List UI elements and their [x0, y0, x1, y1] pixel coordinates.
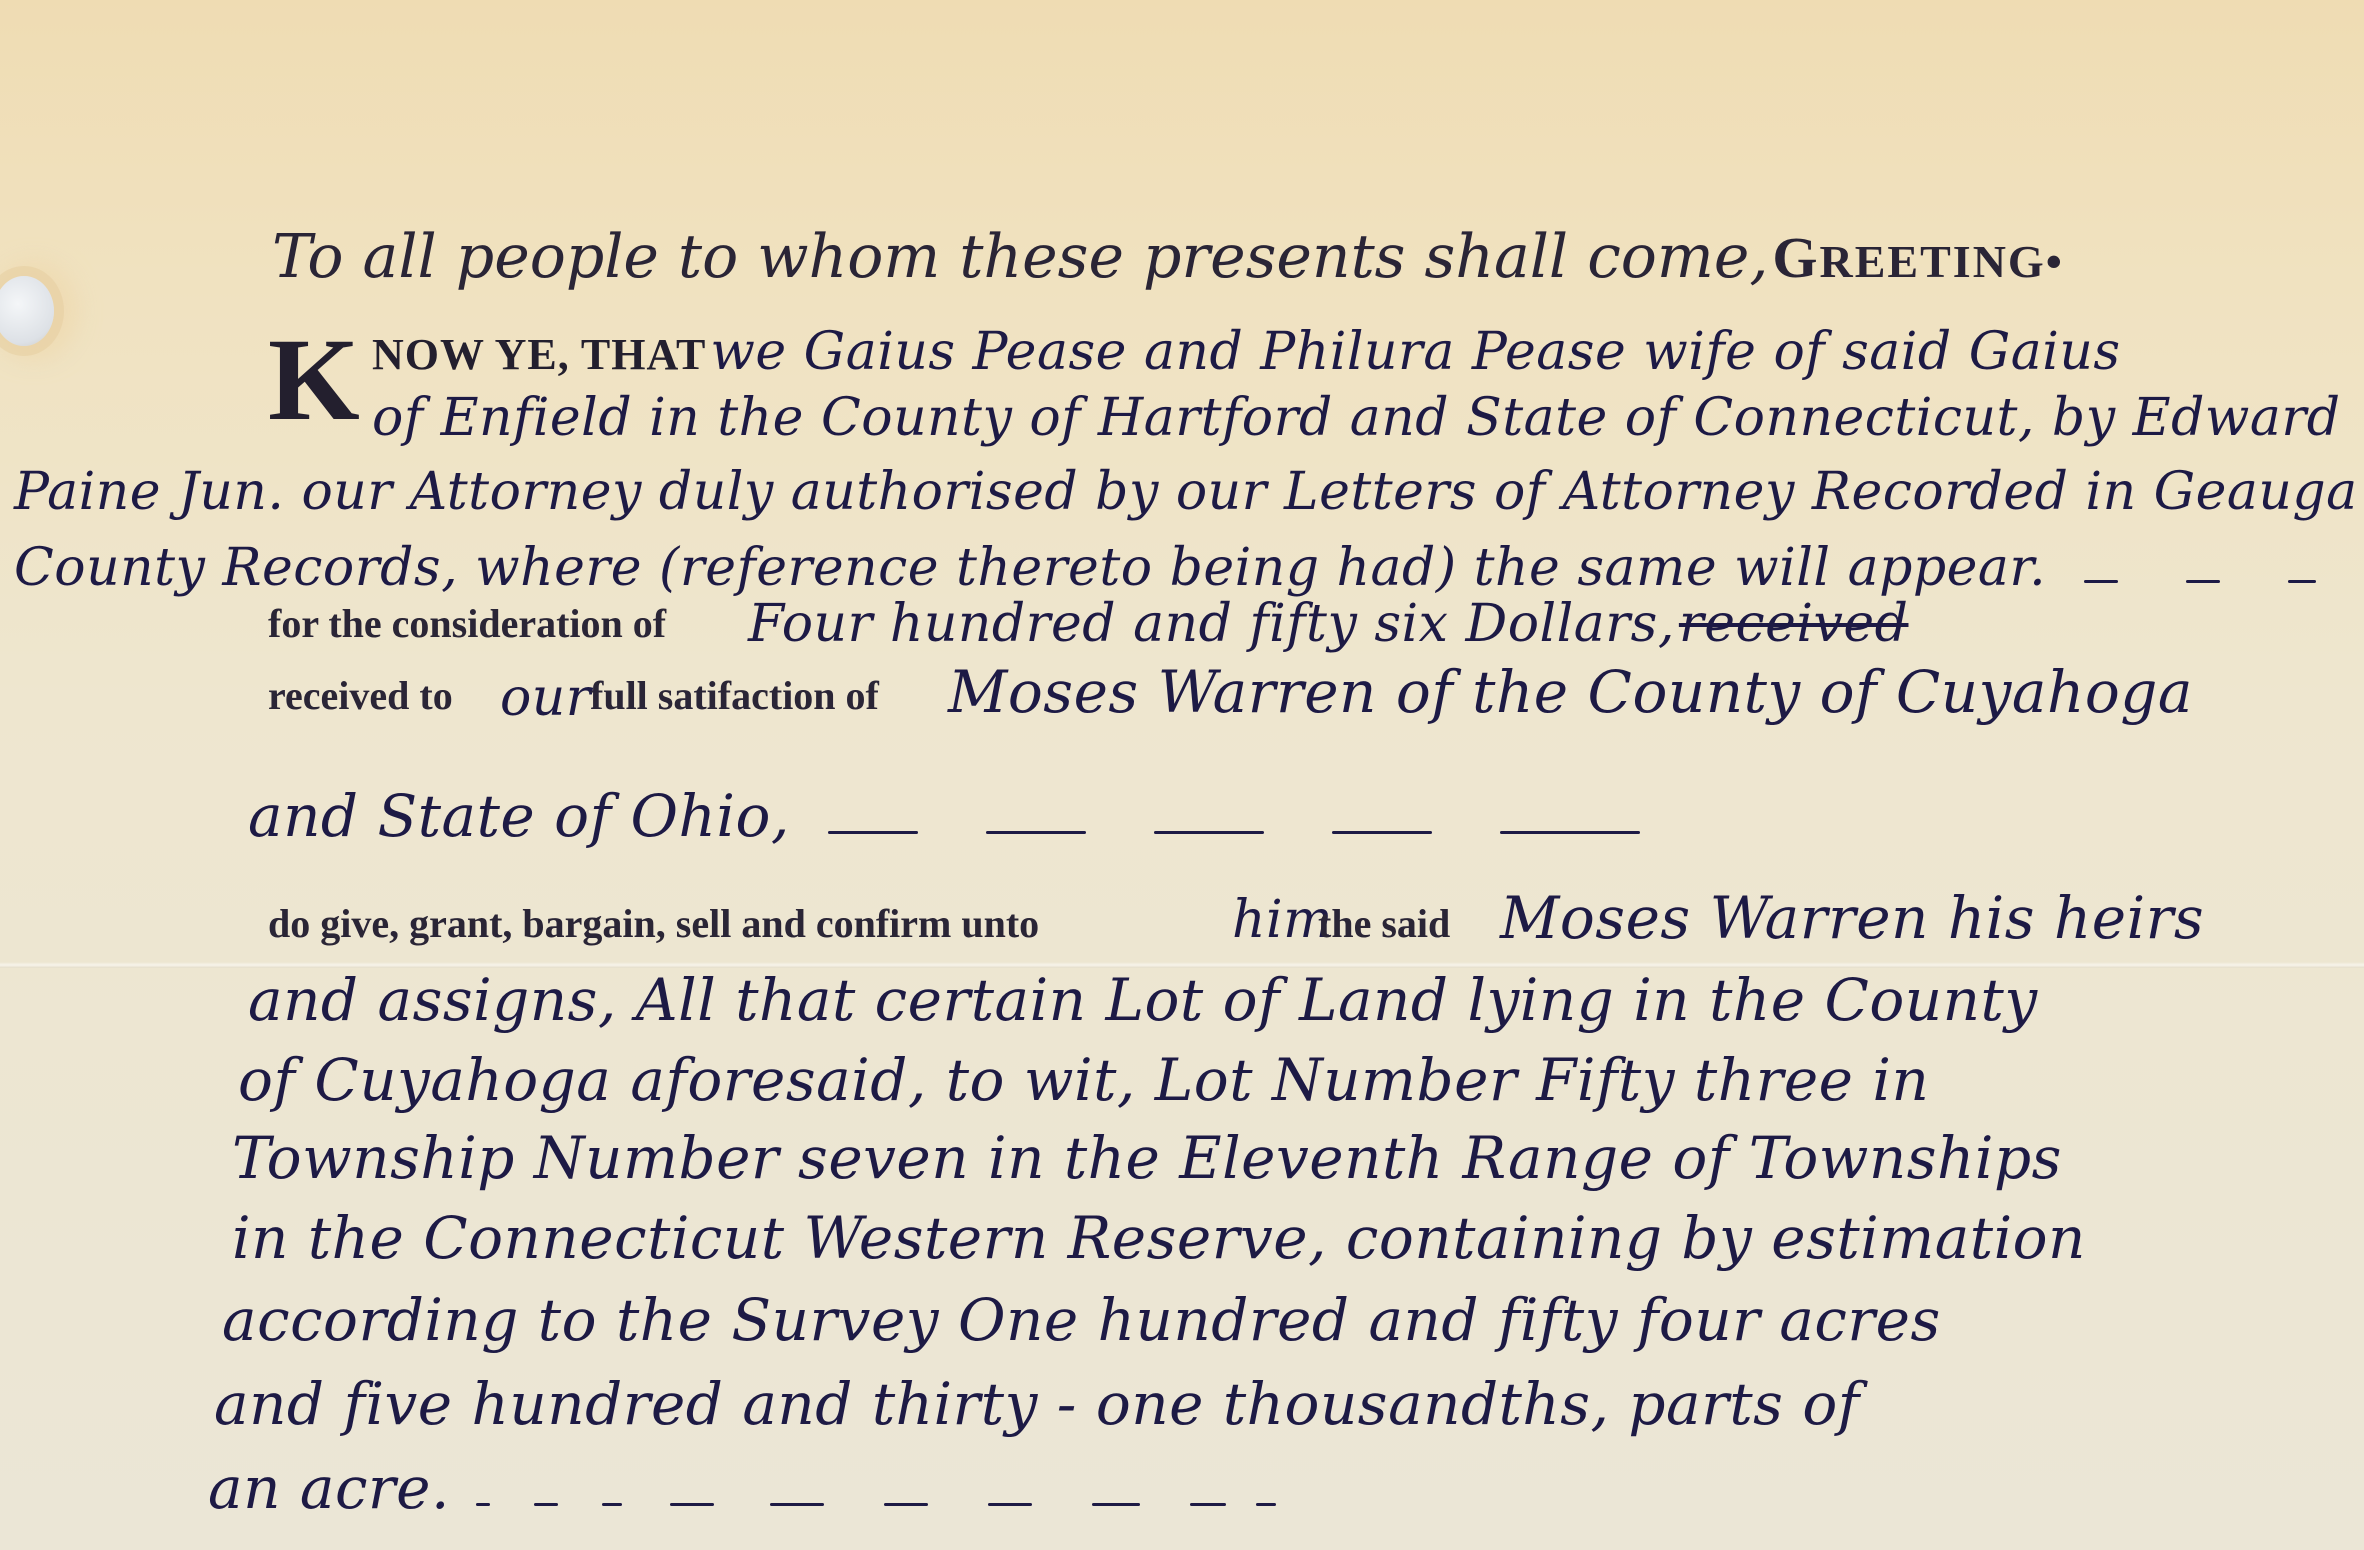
hand-survey: according to the Survey One hundred and … [222, 1286, 1941, 1354]
greeting: GREETING• [1772, 225, 2063, 290]
hand-our-text: our [500, 668, 591, 728]
printed-the-said: the said [1318, 901, 1450, 946]
hand-township: Township Number seven in the Eleventh Ra… [232, 1124, 2062, 1192]
line-consideration-hand: Four hundred and fifty six Dollars, rece… [748, 594, 1908, 654]
hand-grantee: Moses Warren of the County of Cuyahoga [948, 658, 2193, 726]
hand-cuyahoga: of Cuyahoga aforesaid, to wit, Lot Numbe… [238, 1046, 1929, 1114]
line-township: Township Number seven in the Eleventh Ra… [232, 1124, 2062, 1192]
printed-consideration: for the consideration of [268, 601, 666, 646]
hand-enfield: of Enfield in the County of Hartford and… [372, 388, 2341, 448]
dropcap-k: K [268, 330, 360, 430]
line-know-ye: NOW YE, THAT we Gaius Pease and Philura … [372, 322, 2121, 382]
hand-amount: Four hundred and fifty six Dollars, [748, 594, 1675, 654]
hand-records: County Records, where (reference thereto… [14, 538, 2046, 598]
deed-page: To all people to whom these presents sha… [0, 0, 2364, 1550]
printed-said-wrap: the said [1318, 900, 1450, 947]
hand-heirs-wrap: Moses Warren his heirs [1500, 884, 2204, 952]
line-reserve: in the Connecticut Western Reserve, cont… [232, 1204, 2086, 1272]
printed-received-to: received to [268, 673, 453, 718]
line-received: received to [268, 672, 453, 719]
hand-reserve: in the Connecticut Western Reserve, cont… [232, 1204, 2086, 1272]
line-paine: Paine Jun. our Attorney duly authorised … [14, 462, 2358, 522]
line-cuyahoga: of Cuyahoga aforesaid, to wit, Lot Numbe… [238, 1046, 1929, 1114]
hand-grantors: we Gaius Pease and Philura Pease wife of… [710, 322, 2120, 382]
hand-attorney: Paine Jun. our Attorney duly authorised … [14, 462, 2358, 522]
line-acre: an acre. [208, 1454, 1286, 1522]
line-assigns: and assigns, All that certain Lot of Lan… [248, 966, 2038, 1034]
line-thousandths: and five hundred and thirty - one thousa… [214, 1370, 1860, 1438]
punch-hole [0, 276, 54, 346]
line-survey: according to the Survey One hundred and … [222, 1286, 1941, 1354]
line-ohio: and State of Ohio, [248, 782, 1674, 850]
hand-our: our [500, 668, 591, 728]
hand-thousandths: and five hundred and thirty - one thousa… [214, 1370, 1860, 1438]
line-enfield: of Enfield in the County of Hartford and… [372, 388, 2341, 448]
line-records: County Records, where (reference thereto… [14, 538, 2350, 598]
line-give: do give, grant, bargain, sell and confir… [268, 900, 1039, 947]
struck-received: received [1679, 594, 1909, 654]
printed-know-ye: NOW YE, THAT [372, 330, 706, 379]
hand-heirs: Moses Warren his heirs [1500, 884, 2204, 952]
hand-grantee-wrap: Moses Warren of the County of Cuyahoga [948, 658, 2193, 726]
hand-assigns: and assigns, All that certain Lot of Lan… [248, 966, 2038, 1034]
printed-give: do give, grant, bargain, sell and confir… [268, 901, 1039, 946]
line-consideration: for the consideration of [268, 600, 666, 647]
hand-ohio: and State of Ohio, [248, 782, 790, 850]
printed-satisfaction: full satifaction of [590, 673, 879, 718]
printed-satisfaction-wrap: full satifaction of [590, 672, 879, 719]
heading: To all people to whom these presents sha… [272, 222, 2064, 292]
hand-acre: an acre. [208, 1454, 450, 1522]
heading-text: To all people to whom these presents sha… [272, 222, 1768, 292]
